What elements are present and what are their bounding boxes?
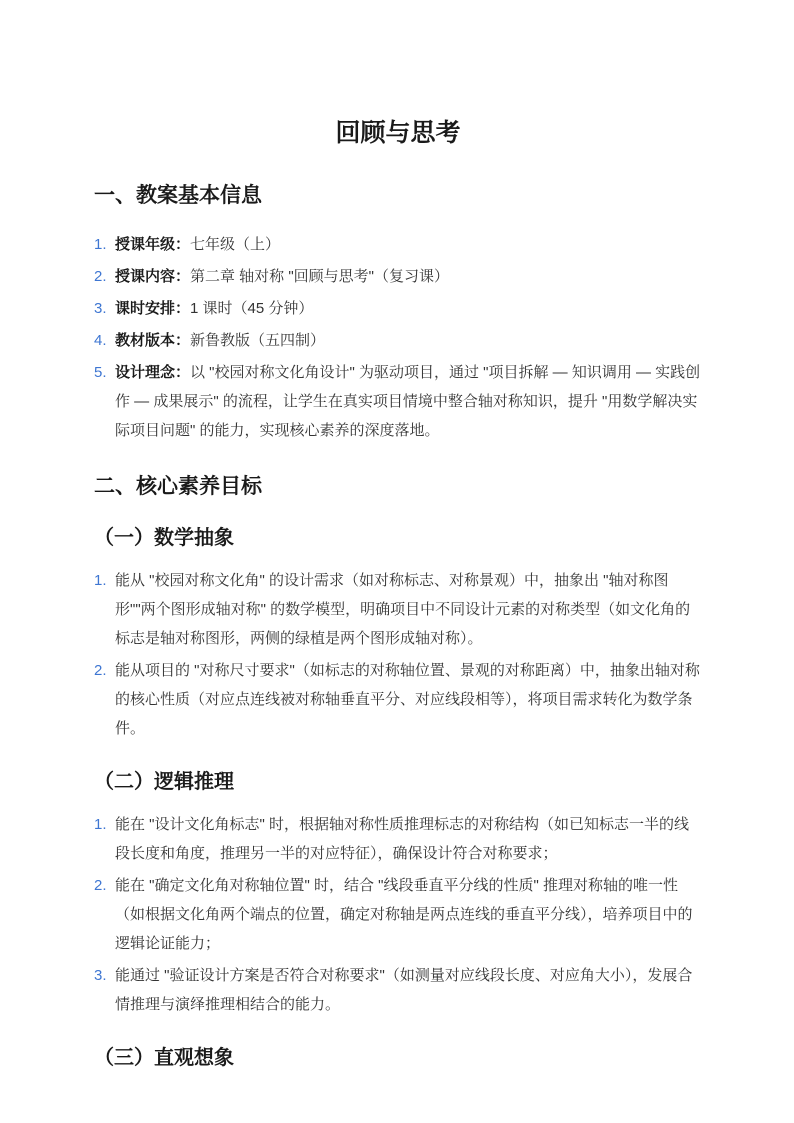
list-number: 1. xyxy=(94,230,108,259)
item-label: 授课内容： xyxy=(115,268,190,285)
list-item-text: 能在 "确定文化角对称轴位置" 时，结合 "线段垂直平分线的性质" 推理对称轴的… xyxy=(115,871,702,958)
list-item-text: 授课年级：七年级（上） xyxy=(115,230,702,259)
list-item: 5. 设计理念：以 "校园对称文化角设计" 为驱动项目，通过 "项目拆解 — 知… xyxy=(94,358,702,445)
list-item: 2. 授课内容：第二章 轴对称 "回顾与思考"（复习课） xyxy=(94,262,702,291)
list-number: 4. xyxy=(94,326,108,355)
list-number: 2. xyxy=(94,262,108,291)
basic-info-list: 1. 授课年级：七年级（上） 2. 授课内容：第二章 轴对称 "回顾与思考"（复… xyxy=(94,230,702,445)
item-value: 1 课时（45 分钟） xyxy=(190,300,313,317)
list-item: 2. 能从项目的 "对称尺寸要求"（如标志的对称轴位置、景观的对称距离）中，抽象… xyxy=(94,656,702,743)
document-page: 回顾与思考 一、教案基本信息 1. 授课年级：七年级（上） 2. 授课内容：第二… xyxy=(0,0,794,1123)
page-title: 回顾与思考 xyxy=(94,118,702,148)
math-abstraction-list: 1. 能从 "校园对称文化角" 的设计需求（如对称标志、对称景观）中，抽象出 "… xyxy=(94,566,702,743)
list-item-text: 授课内容：第二章 轴对称 "回顾与思考"（复习课） xyxy=(115,262,702,291)
item-label: 设计理念： xyxy=(115,364,190,381)
list-item: 3. 课时安排：1 课时（45 分钟） xyxy=(94,294,702,323)
list-item-text: 课时安排：1 课时（45 分钟） xyxy=(115,294,702,323)
subsection-heading-math-abstraction: （一）数学抽象 xyxy=(94,527,702,550)
list-item-text: 设计理念：以 "校园对称文化角设计" 为驱动项目，通过 "项目拆解 — 知识调用… xyxy=(115,358,702,445)
list-number: 5. xyxy=(94,358,108,387)
list-item-text: 能通过 "验证设计方案是否符合对称要求"（如测量对应线段长度、对应角大小），发展… xyxy=(115,961,702,1019)
list-item-text: 能从 "校园对称文化角" 的设计需求（如对称标志、对称景观）中，抽象出 "轴对称… xyxy=(115,566,702,653)
item-label: 授课年级： xyxy=(115,236,190,253)
list-number: 2. xyxy=(94,656,108,685)
section-heading-core-literacy: 二、核心素养目标 xyxy=(94,475,702,499)
list-item: 1. 授课年级：七年级（上） xyxy=(94,230,702,259)
list-number: 3. xyxy=(94,961,108,990)
list-item-text: 能从项目的 "对称尺寸要求"（如标志的对称轴位置、景观的对称距离）中，抽象出轴对… xyxy=(115,656,702,743)
list-item-text: 能在 "设计文化角标志" 时，根据轴对称性质推理标志的对称结构（如已知标志一半的… xyxy=(115,810,702,868)
item-label: 教材版本： xyxy=(115,332,190,349)
list-number: 3. xyxy=(94,294,108,323)
item-value: 新鲁教版（五四制） xyxy=(190,332,325,349)
item-value: 第二章 轴对称 "回顾与思考"（复习课） xyxy=(190,268,449,285)
list-number: 1. xyxy=(94,810,108,839)
list-item: 1. 能从 "校园对称文化角" 的设计需求（如对称标志、对称景观）中，抽象出 "… xyxy=(94,566,702,653)
list-number: 1. xyxy=(94,566,108,595)
list-item: 3. 能通过 "验证设计方案是否符合对称要求"（如测量对应线段长度、对应角大小）… xyxy=(94,961,702,1019)
item-label: 课时安排： xyxy=(115,300,190,317)
list-item: 2. 能在 "确定文化角对称轴位置" 时，结合 "线段垂直平分线的性质" 推理对… xyxy=(94,871,702,958)
list-item: 1. 能在 "设计文化角标志" 时，根据轴对称性质推理标志的对称结构（如已知标志… xyxy=(94,810,702,868)
subsection-heading-logical-reasoning: （二）逻辑推理 xyxy=(94,771,702,794)
list-item: 4. 教材版本：新鲁教版（五四制） xyxy=(94,326,702,355)
list-number: 2. xyxy=(94,871,108,900)
item-value: 以 "校园对称文化角设计" 为驱动项目，通过 "项目拆解 — 知识调用 — 实践… xyxy=(115,364,700,439)
list-item-text: 教材版本：新鲁教版（五四制） xyxy=(115,326,702,355)
subsection-heading-visual-imagination: （三）直观想象 xyxy=(94,1047,702,1070)
item-value: 七年级（上） xyxy=(190,236,280,253)
section-heading-basic-info: 一、教案基本信息 xyxy=(94,184,702,208)
logical-reasoning-list: 1. 能在 "设计文化角标志" 时，根据轴对称性质推理标志的对称结构（如已知标志… xyxy=(94,810,702,1019)
